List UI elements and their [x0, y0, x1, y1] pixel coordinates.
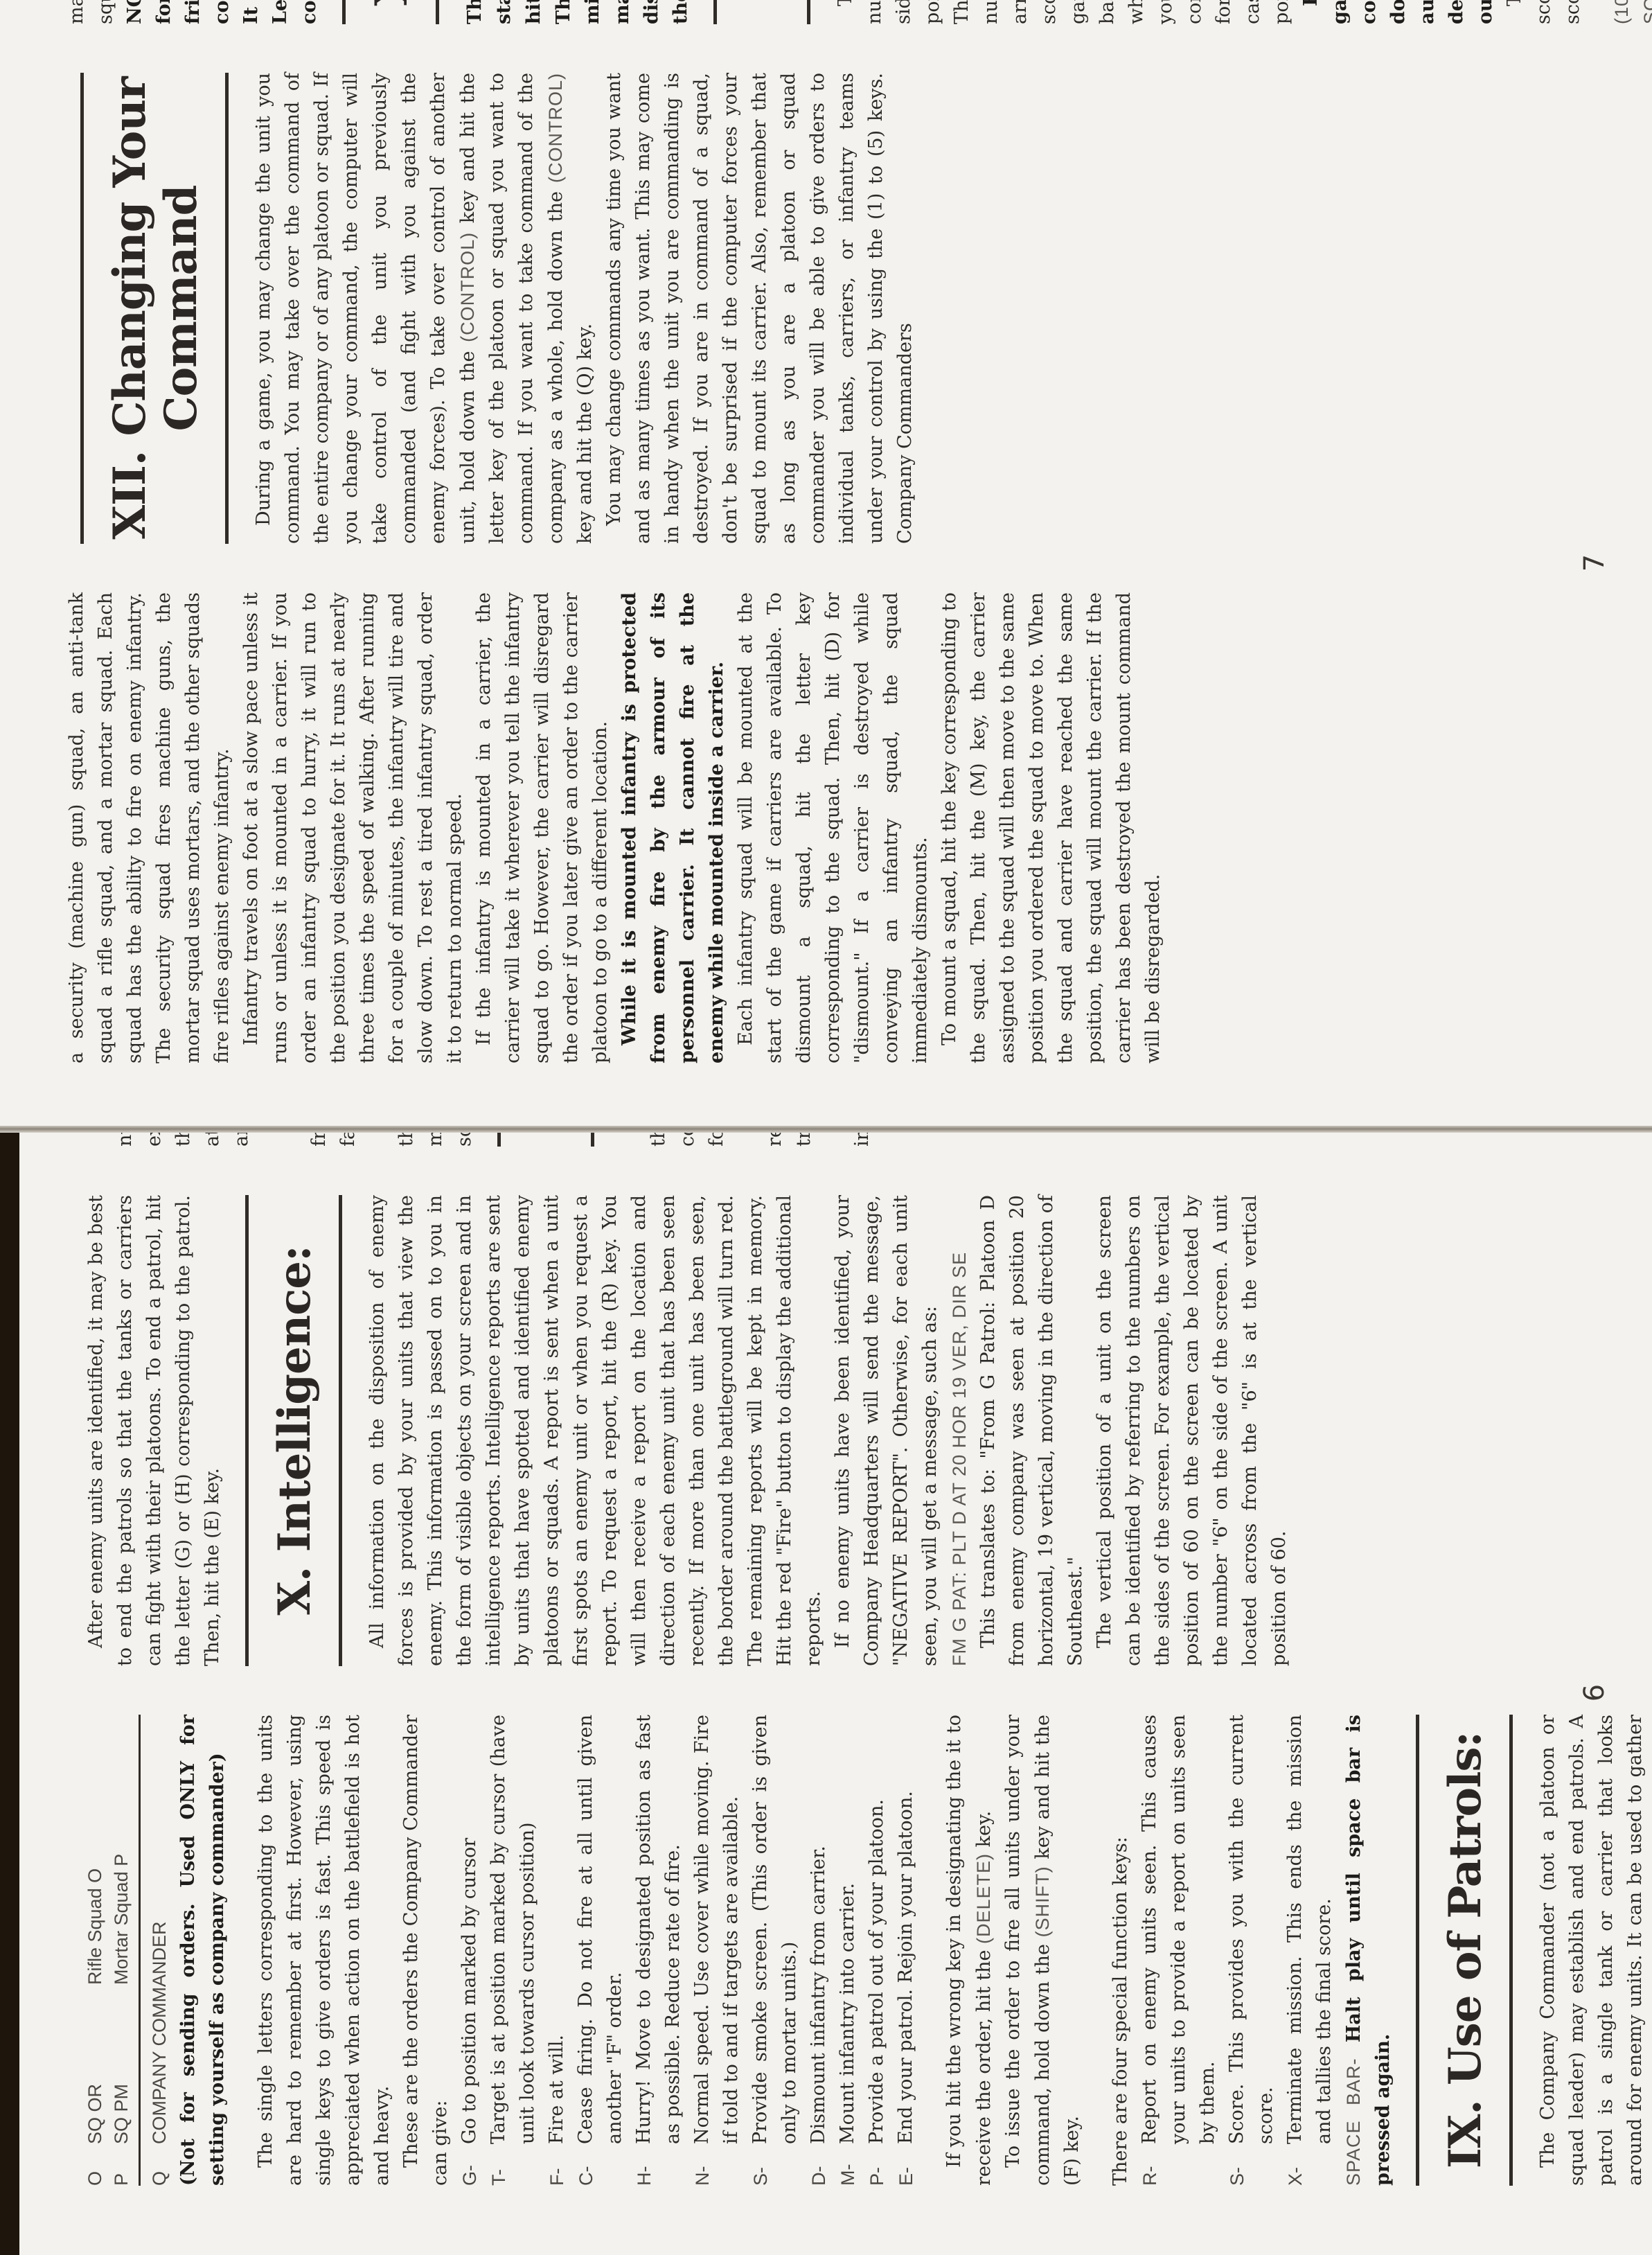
- wrong-key-paragraph: If you hit the wrong key in designating …: [940, 1715, 999, 2186]
- heading-text: IX. Use of Patrols:: [1440, 1715, 1491, 2186]
- infantry-paragraph: To mount a squad, hit the key correspond…: [935, 592, 1168, 1063]
- order-item: H-Hurry! Move to designated position as …: [630, 1715, 688, 2186]
- infantry-paragraph: If the infantry is mounted in a carrier,…: [470, 592, 615, 1063]
- order-text: Hurry! Move to designated position as fa…: [630, 1715, 688, 2144]
- intelligence-paragraph: All information on the disposition of en…: [363, 1195, 828, 1666]
- section-heading-scoring: XIV. Scoring:: [713, 0, 810, 24]
- order-text: Normal speed. Use cover while moving. Fi…: [688, 1715, 746, 2144]
- section-heading-patrols: IX. Use of Patrols:: [1416, 1715, 1513, 2186]
- special-keys-intro: There are four special function keys:: [1106, 1715, 1135, 2186]
- control-key-label: (CONTROL): [545, 73, 566, 183]
- unit-key: P: [108, 2144, 134, 2186]
- intro-paragraph: The single letters corresponding to the …: [251, 1715, 397, 2186]
- order-text: Provide a patrol out of your platoon.: [862, 1715, 891, 2144]
- commander-row: Q COMPANY COMMANDER: [139, 1715, 174, 2186]
- page-number: 6: [1579, 1684, 1610, 1701]
- heading-text: XII. Changing Your Command: [105, 73, 207, 544]
- infantry-paragraph: Infantry travels on foot at a slow pace …: [237, 592, 470, 1063]
- intelligence-paragraph: This translates to: "From G Patrol: Plat…: [974, 1195, 1090, 1666]
- order-item: T-Target is at position marked by cursor…: [484, 1715, 542, 2186]
- intelligence-paragraph: The vertical position of a unit on the s…: [1090, 1195, 1294, 1666]
- order-item: M-Mount infantry into carrier.: [833, 1715, 862, 2186]
- page6-column-2: After enemy units are identified, it may…: [82, 1195, 1652, 1666]
- score-formula: (100 X FINAL SCORE)/MAXIMUM POSSIBLE SCO…: [1607, 0, 1652, 24]
- order-text: End your patrol. Rejoin your platoon.: [891, 1715, 921, 2144]
- unit-key: O: [82, 2144, 108, 2186]
- unit-name: Rifle Squad O: [82, 1715, 108, 1985]
- intelligence-paragraph: If no enemy units have been identified, …: [828, 1195, 945, 1666]
- start-key-paragraph: The (START) key starts the mission. You …: [460, 0, 549, 24]
- order-key: E-: [891, 2144, 921, 2186]
- scoring-paragraph: To determine victory you must relate you…: [1500, 0, 1588, 24]
- section-heading-intelligence: X. Intelligence:: [245, 1195, 342, 1666]
- order-text: Fire at will.: [542, 1715, 571, 2144]
- order-key: M-: [833, 2144, 862, 2186]
- page-7: a security (machine gun) squad, an anti-…: [0, 0, 1652, 1126]
- commander-note: (Not for sending orders. Used ONLY for s…: [174, 1715, 232, 2186]
- booklet-spread: O SQ OR Rifle Squad O P SQ PM Mortar Squ…: [0, 0, 1652, 2255]
- page7-column-2: XII. Changing Your Command During a game…: [62, 73, 1652, 544]
- orders-list: G-Go to position marked by cursor T-Targ…: [455, 1715, 921, 2186]
- unit-code: SQ OR: [82, 1985, 108, 2144]
- order-key: P-: [862, 2144, 891, 2186]
- orders-intro: These are the orders the Company Command…: [397, 1715, 455, 2186]
- heading-text: XIV. Scoring:: [738, 0, 789, 24]
- report-message-example: FM G PAT: PLT D AT 20 HOR 19 VER, DIR SE: [945, 1195, 974, 1666]
- scoring-paragraph: The score for a game is based primarily …: [831, 0, 1297, 24]
- order-item: D-Dismount infantry from carrier.: [804, 1715, 833, 2186]
- unit-code: SQ PM: [108, 1985, 134, 2144]
- order-text: Go to position marked by cursor: [455, 1715, 484, 2144]
- order-item: E-End your patrol. Rejoin your platoon.: [891, 1715, 921, 2186]
- control-key-label: (CONTROL): [457, 232, 478, 342]
- order-key: T-: [484, 2144, 542, 2186]
- special-key-item: S-Score. This provides you with the curr…: [1223, 1715, 1281, 2186]
- order-item: S-Provide smoke screen. (This order is g…: [746, 1715, 804, 2186]
- order-key: N-: [688, 2144, 746, 2186]
- select-key-paragraph: The (SELECT) key will display the list o…: [549, 0, 695, 24]
- infantry-paragraph: a security (machine gun) squad, an anti-…: [62, 592, 237, 1063]
- infantry-paragraph: Each infantry squad will be mounted at t…: [731, 592, 935, 1063]
- patrols-paragraph: The Company Commander (not a platoon or …: [1534, 1715, 1652, 2186]
- order-key: F-: [542, 2144, 571, 2186]
- order-text: Cease firing. Do not fire at all until g…: [571, 1715, 630, 2144]
- page6-column-1: O SQ OR Rifle Squad O P SQ PM Mortar Squ…: [82, 1715, 1652, 2186]
- delete-key-label: (DELETE): [973, 1853, 994, 1944]
- note-paragraph: NOTE: The concept of fighting an enemy f…: [121, 0, 324, 24]
- order-text: Dismount infantry from carrier.: [804, 1715, 833, 2144]
- page-6: O SQ OR Rifle Squad O P SQ PM Mortar Squ…: [0, 1131, 1652, 2255]
- order-item: G-Go to position marked by cursor: [455, 1715, 484, 2186]
- space-bar-line: SPACE BAR- Halt play until space bar is …: [1339, 1715, 1398, 2186]
- order-key: H-: [630, 2144, 688, 2186]
- mounted-infantry-note: While it is mounted infantry is protecte…: [615, 592, 731, 1063]
- order-key: G-: [455, 2144, 484, 2186]
- order-item: C-Cease firing. Do not fire at all until…: [571, 1715, 630, 2186]
- scoring-bold-paragraph: Each player is responsible for ending th…: [1297, 0, 1500, 24]
- heading-text: X. Intelligence:: [269, 1195, 321, 1666]
- order-item: F-Fire at will.: [542, 1715, 571, 2186]
- order-item: P-Provide a patrol out of your platoon.: [862, 1715, 891, 2186]
- order-text: Mount infantry into carrier.: [833, 1715, 862, 2144]
- commander-label: COMPANY COMMANDER: [145, 1715, 174, 2144]
- order-key: C-: [571, 2144, 630, 2186]
- patrols-paragraph: After enemy units are identified, it may…: [82, 1195, 227, 1666]
- order-text: Provide smoke screen. (This order is giv…: [746, 1715, 804, 2144]
- order-text: Target is at position marked by cursor (…: [484, 1715, 542, 2144]
- order-key: D-: [804, 2144, 833, 2186]
- section-heading-control-keys: XIII. Control Keys: [342, 0, 439, 24]
- page-number: 7: [1579, 554, 1610, 572]
- commander-key: Q: [145, 2144, 174, 2186]
- unit-key-table: O SQ OR Rifle Squad O P SQ PM Mortar Squ…: [82, 1715, 134, 2186]
- shift-key-label: (SHIFT): [1032, 1866, 1053, 1937]
- unit-name: Mortar Squad P: [108, 1715, 134, 1985]
- section-heading-changing-command: XII. Changing Your Command: [80, 73, 229, 544]
- command-paragraph: may not order individual units, only pla…: [62, 0, 121, 24]
- order-key: S-: [746, 2144, 804, 2186]
- heading-text: XIII. Control Keys: [366, 0, 418, 24]
- changing-command-paragraph: You may change commands any time you wan…: [600, 73, 920, 544]
- fire-all-paragraph: To issue the order to fire all units und…: [999, 1715, 1087, 2186]
- page7-column-3: may not order individual units, only pla…: [62, 0, 1652, 24]
- changing-command-paragraph: During a game, you may change the unit y…: [249, 73, 600, 544]
- page7-column-1: a security (machine gun) squad, an anti-…: [62, 592, 1652, 1063]
- special-key-item: R-Report on enemy units seen. This cause…: [1135, 1715, 1223, 2186]
- order-item: N-Normal speed. Use cover while moving. …: [688, 1715, 746, 2186]
- special-key-item: X-Terminate mission. This ends the missi…: [1281, 1715, 1339, 2186]
